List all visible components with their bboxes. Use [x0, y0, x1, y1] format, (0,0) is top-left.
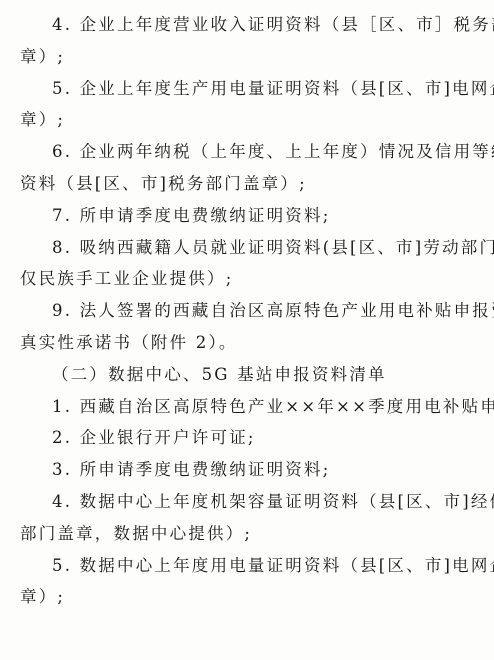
text-line-item4-cont: 章）;	[20, 41, 460, 73]
text-line-item8-cont: 仅民族手工业企业提供）;	[20, 263, 460, 295]
text-line-dc-item4-rack-capacity: 4. 数据中心上年度机架容量证明资料（县[区、市]经信主管	[52, 486, 458, 518]
text-line-item6-cont: 资料（县[区、市]税务部门盖章）;	[20, 168, 460, 200]
text-line-item5-cont: 章）;	[20, 104, 460, 136]
text-line-item6-enterprise-tax: 6. 企业两年纳税（上年度、上上年度）情况及信用等级证明	[52, 136, 458, 168]
text-line-dc-item4-cont: 部门盖章，数据中心提供）;	[20, 518, 460, 550]
text-line-dc-item5-cont: 章）;	[20, 581, 460, 613]
document-page: 4. 企业上年度营业收入证明资料（县［区、市］税务部门盖 章）; 5. 企业上年…	[0, 0, 494, 660]
text-line-dc-item2-bank-license: 2. 企业银行开户许可证;	[52, 422, 458, 454]
text-line-item9-cont: 真实性承诺书（附件 2）。	[20, 327, 460, 359]
text-line-dc-item5-electricity-usage: 5. 数据中心上年度用电量证明资料（县[区、市]电网企业盖	[52, 550, 458, 582]
text-line-item4-enterprise-revenue: 4. 企业上年度营业收入证明资料（县［区、市］税务部门盖	[52, 9, 458, 41]
text-line-dc-item1-application-form: 1. 西藏自治区高原特色产业××年××季度用电补贴申请表;	[52, 391, 458, 423]
section-heading-data-center-5g: （二）数据中心、5G 基站申报资料清单	[52, 359, 458, 391]
text-line-item8-employment: 8. 吸纳西藏籍人员就业证明资料(县[区、市]劳动部门盖章，	[52, 232, 458, 264]
text-line-dc-item3-electricity-fee: 3. 所申请季度电费缴纳证明资料;	[52, 454, 458, 486]
text-line-item9-commitment: 9. 法人签署的西藏自治区高原特色产业用电补贴申报资料	[52, 295, 458, 327]
text-line-item7-electricity-fee: 7. 所申请季度电费缴纳证明资料;	[52, 200, 458, 232]
text-line-item5-enterprise-electricity: 5. 企业上年度生产用电量证明资料（县[区、市]电网企业盖	[52, 73, 458, 105]
